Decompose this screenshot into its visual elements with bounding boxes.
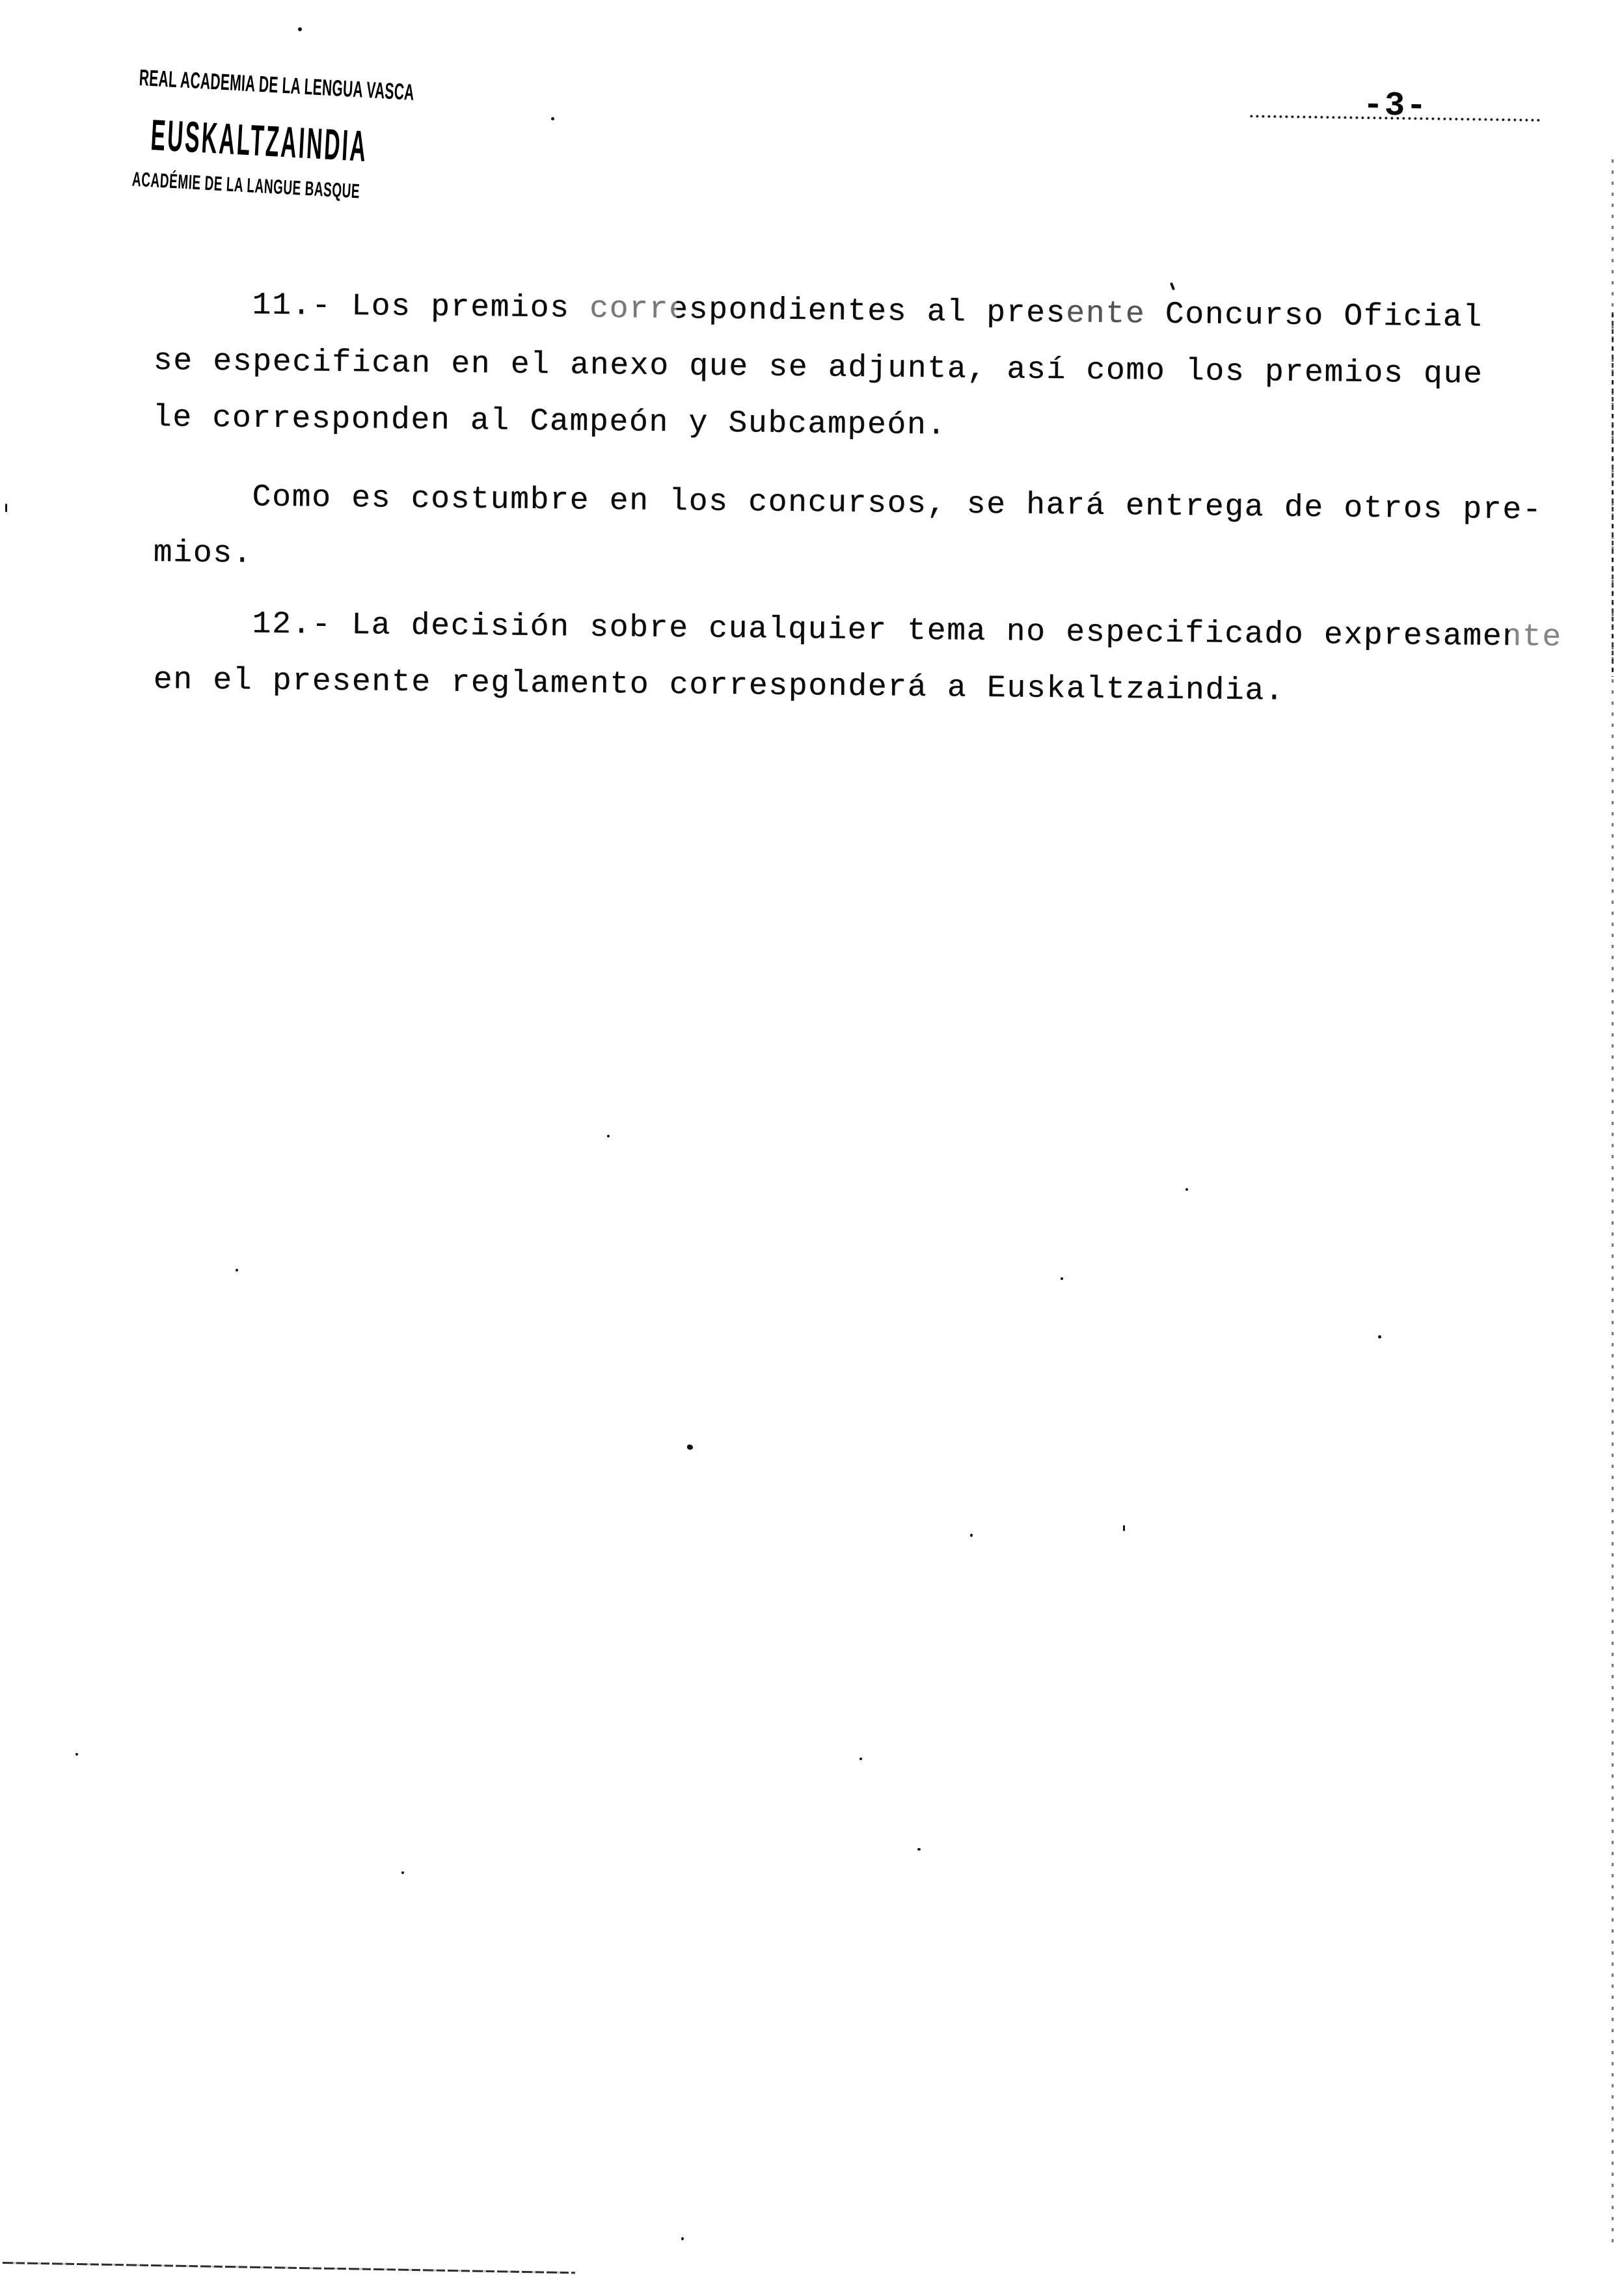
paragraph-12: 12.- La decisión sobre cualquier tema no… (153, 595, 1592, 723)
noise-speck (681, 2237, 684, 2240)
paragraph-premios: Como es costumbre en los concursos, se h… (153, 469, 1592, 596)
bottom-scratch-line (3, 2262, 575, 2274)
right-edge-dashed-line-dense (1612, 312, 1614, 677)
page-number-block: -3- (1245, 86, 1545, 126)
page-number: -3- (1245, 86, 1545, 126)
letterhead-institution-fr: ACADÉMIE DE LA LANGUE BASQUE (131, 169, 314, 200)
noise-speck (75, 1753, 78, 1756)
noise-speck (687, 1445, 693, 1450)
letterhead-name: EUSKALTZAINDIA (150, 112, 301, 167)
noise-speck (551, 117, 554, 120)
paragraph-11: 11.- Los premios correspondientes al pre… (152, 277, 1592, 461)
noise-speck (5, 504, 7, 512)
noise-speck (401, 1871, 404, 1874)
noise-speck (236, 1269, 238, 1271)
noise-speck (917, 1848, 921, 1851)
letterhead-stamp: REAL ACADEMIA DE LA LENGUA VASCA EUSKALT… (74, 61, 377, 203)
noise-speck (298, 27, 302, 31)
noise-speck (970, 1534, 973, 1537)
letterhead-institution-es: REAL ACADEMIA DE LA LENGUA VASCA (139, 64, 318, 102)
noise-speck (1378, 1335, 1381, 1338)
scanned-document-page: REAL ACADEMIA DE LA LENGUA VASCA EUSKALT… (0, 0, 1624, 2282)
noise-speck (859, 1758, 862, 1760)
noise-speck (1185, 1188, 1188, 1191)
noise-speck (1123, 1525, 1125, 1531)
noise-speck (607, 1135, 610, 1137)
noise-speck (1061, 1277, 1063, 1280)
